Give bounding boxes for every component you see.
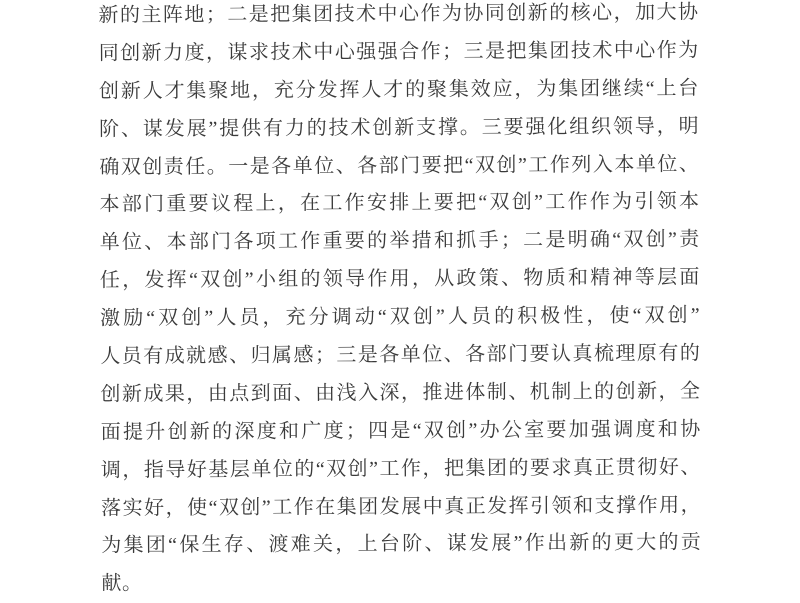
text-line: 献。 bbox=[101, 563, 701, 603]
text-line: 创新成果，由点到面、由浅入深，推进体制、机制上的创新，全 bbox=[100, 373, 700, 414]
text-line: 创新人才集聚地，充分发挥人才的聚集效应，为集团继续“上台 bbox=[99, 70, 699, 111]
text-line: 落实好，使“双创”工作在集团发展中真正发挥引领和支撑作用， bbox=[101, 487, 701, 528]
text-line: 新的主阵地；二是把集团技术中心作为协同创新的核心，加大协 bbox=[98, 0, 698, 35]
text-line: 任，发挥“双创”小组的领导作用，从政策、物质和精神等层面 bbox=[100, 260, 700, 301]
text-line: 面提升创新的深度和广度；四是“双创”办公室要加强调度和协 bbox=[101, 411, 701, 452]
text-line: 同创新力度，谋求技术中心强强合作；三是把集团技术中心作为 bbox=[99, 32, 699, 73]
text-line: 阶、谋发展”提供有力的技术创新支撑。三要强化组织领导，明 bbox=[99, 108, 699, 149]
text-line: 确双创责任。一是各单位、各部门要把“双创”工作列入本单位、 bbox=[99, 146, 699, 187]
text-line: 单位、本部门各项工作重要的举措和抓手；二是明确“双创”责 bbox=[100, 222, 700, 263]
document-page: 新的主阵地；二是把集团技术中心作为协同创新的核心，加大协 同创新力度，谋求技术中… bbox=[0, 0, 800, 603]
text-line: 为集团“保生存、渡难关，上台阶、谋发展”作出新的更大的贡 bbox=[101, 525, 701, 566]
text-line: 本部门重要议程上，在工作安排上要把“双创”工作作为引领本 bbox=[99, 184, 699, 225]
document-body-text: 新的主阵地；二是把集团技术中心作为协同创新的核心，加大协 同创新力度，谋求技术中… bbox=[98, 0, 701, 603]
text-line: 人员有成就感、归属感；三是各单位、各部门要认真梳理原有的 bbox=[100, 335, 700, 376]
text-line: 调，指导好基层单位的“双创”工作，把集团的要求真正贯彻好、 bbox=[101, 449, 701, 490]
text-line: 激励“双创”人员，充分调动“双创”人员的积极性，使“双创” bbox=[100, 298, 700, 339]
